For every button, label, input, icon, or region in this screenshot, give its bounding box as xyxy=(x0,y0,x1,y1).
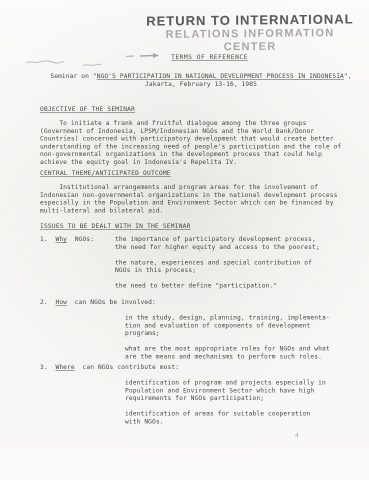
issue-point: identification of areas for suitable coo… xyxy=(125,410,326,426)
seminar-prefix: Seminar on " xyxy=(50,72,96,80)
heading-central-theme: CENTRAL THEME/ANTICIPATED OUTCOME xyxy=(40,169,171,177)
issue-item-3: 3. Where can NGOs contribute most: ident… xyxy=(40,363,350,371)
issue-1-rest: NGOs: xyxy=(67,235,94,243)
pencil-scribble-small xyxy=(82,62,102,68)
issue-point: the nature, experiences and special cont… xyxy=(115,258,320,274)
stamp-line-2: RELATIONS INFORMATION CENTER xyxy=(145,26,355,54)
issue-3-rest: can NGOs contribute most: xyxy=(75,363,179,371)
issue-3-points: identification of program and projects e… xyxy=(125,379,326,433)
issue-item-1: 1. Why NGOs: the importance of participa… xyxy=(40,235,350,243)
pencil-page-number: 4 xyxy=(295,432,299,439)
paragraph-objective: To initiate a frank and fruitful dialogu… xyxy=(40,119,341,166)
issue-2-points: in the study, design, planning, training… xyxy=(125,314,330,368)
document-title: TERMS OF REFERENCE xyxy=(50,53,369,61)
issue-point: in the study, design, planning, training… xyxy=(125,314,330,337)
issue-point: the need to better define "participation… xyxy=(115,282,320,290)
issue-point: identification of program and projects e… xyxy=(125,379,326,402)
seminar-suffix: ", xyxy=(344,72,352,80)
issue-1-keyword: Why xyxy=(55,235,67,243)
document-page: RETURN TO INTERNATIONAL RELATIONS INFORM… xyxy=(0,0,369,480)
seminar-title-line: Seminar on "NGO'S PARTICIPATION IN NATIO… xyxy=(48,72,354,80)
issue-1-points: the importance of participatory developm… xyxy=(115,235,320,297)
heading-objective: OBJECTIVE OF THE SEMINAR xyxy=(40,105,135,113)
issue-point: the importance of participatory developm… xyxy=(115,235,320,251)
seminar-location-date: Jakarta, February 13-16, 1985 xyxy=(48,80,354,88)
issue-point: what are the most appropriate roles for … xyxy=(125,345,330,361)
issue-item-2: 2. How can NGOs be involved: in the stud… xyxy=(40,298,350,306)
issue-3-heading: 3. Where can NGOs contribute most: xyxy=(40,363,350,371)
seminar-title-block: Seminar on "NGO'S PARTICIPATION IN NATIO… xyxy=(48,72,354,88)
issue-2-heading: 2. How can NGOs be involved: xyxy=(40,298,350,306)
seminar-title-underlined: NGO'S PARTICIPATION IN NATIONAL DEVELOPM… xyxy=(97,72,344,80)
scanned-document-viewport: RETURN TO INTERNATIONAL RELATIONS INFORM… xyxy=(0,0,369,480)
paragraph-central-theme: Institutional arrangements and program a… xyxy=(40,183,337,214)
issue-2-keyword: How xyxy=(55,298,67,306)
library-return-stamp: RETURN TO INTERNATIONAL RELATIONS INFORM… xyxy=(145,12,355,54)
issue-2-rest: can NGOs be involved: xyxy=(67,298,156,306)
heading-issues: ISSUES TO BE DEALT WITH IN THE SEMINAR xyxy=(40,222,191,230)
issue-3-keyword: Where xyxy=(55,363,74,371)
